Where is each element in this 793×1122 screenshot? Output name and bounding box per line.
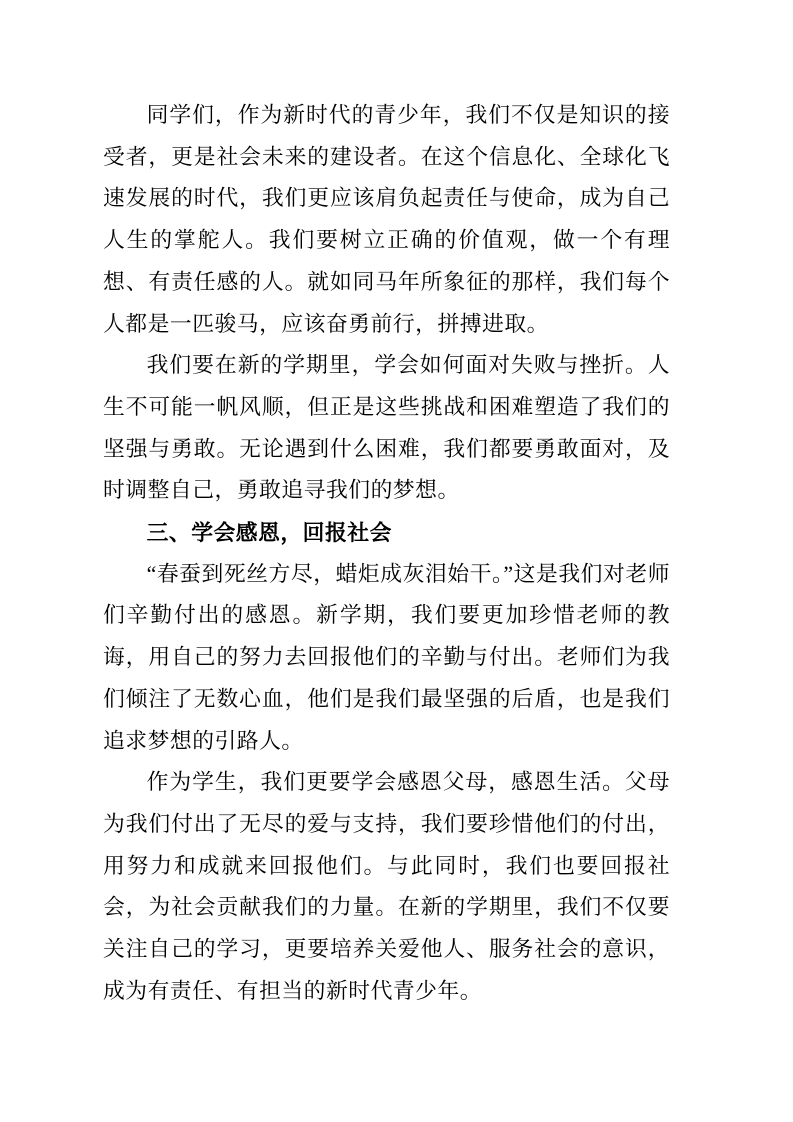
paragraph-thank-teachers: “春蚕到死丝方尽，蜡炬成灰泪始干。”这是我们对老师们辛勤付出的感恩。新学期，我们…	[103, 554, 670, 763]
paragraph-new-era-youth: 同学们，作为新时代的青少年，我们不仅是知识的接受者，更是社会未来的建设者。在这个…	[103, 95, 670, 345]
document-page: 同学们，作为新时代的青少年，我们不仅是知识的接受者，更是社会未来的建设者。在这个…	[0, 0, 793, 1122]
section-heading-gratitude: 三、学会感恩，回报社会	[103, 512, 670, 554]
paragraph-face-setbacks: 我们要在新的学期里，学会如何面对失败与挫折。人生不可能一帆风顺，但正是这些挑战和…	[103, 345, 670, 512]
paragraph-thank-parents-society: 作为学生，我们更要学会感恩父母，感恩生活。父母为我们付出了无尽的爱与支持，我们要…	[103, 762, 670, 1012]
